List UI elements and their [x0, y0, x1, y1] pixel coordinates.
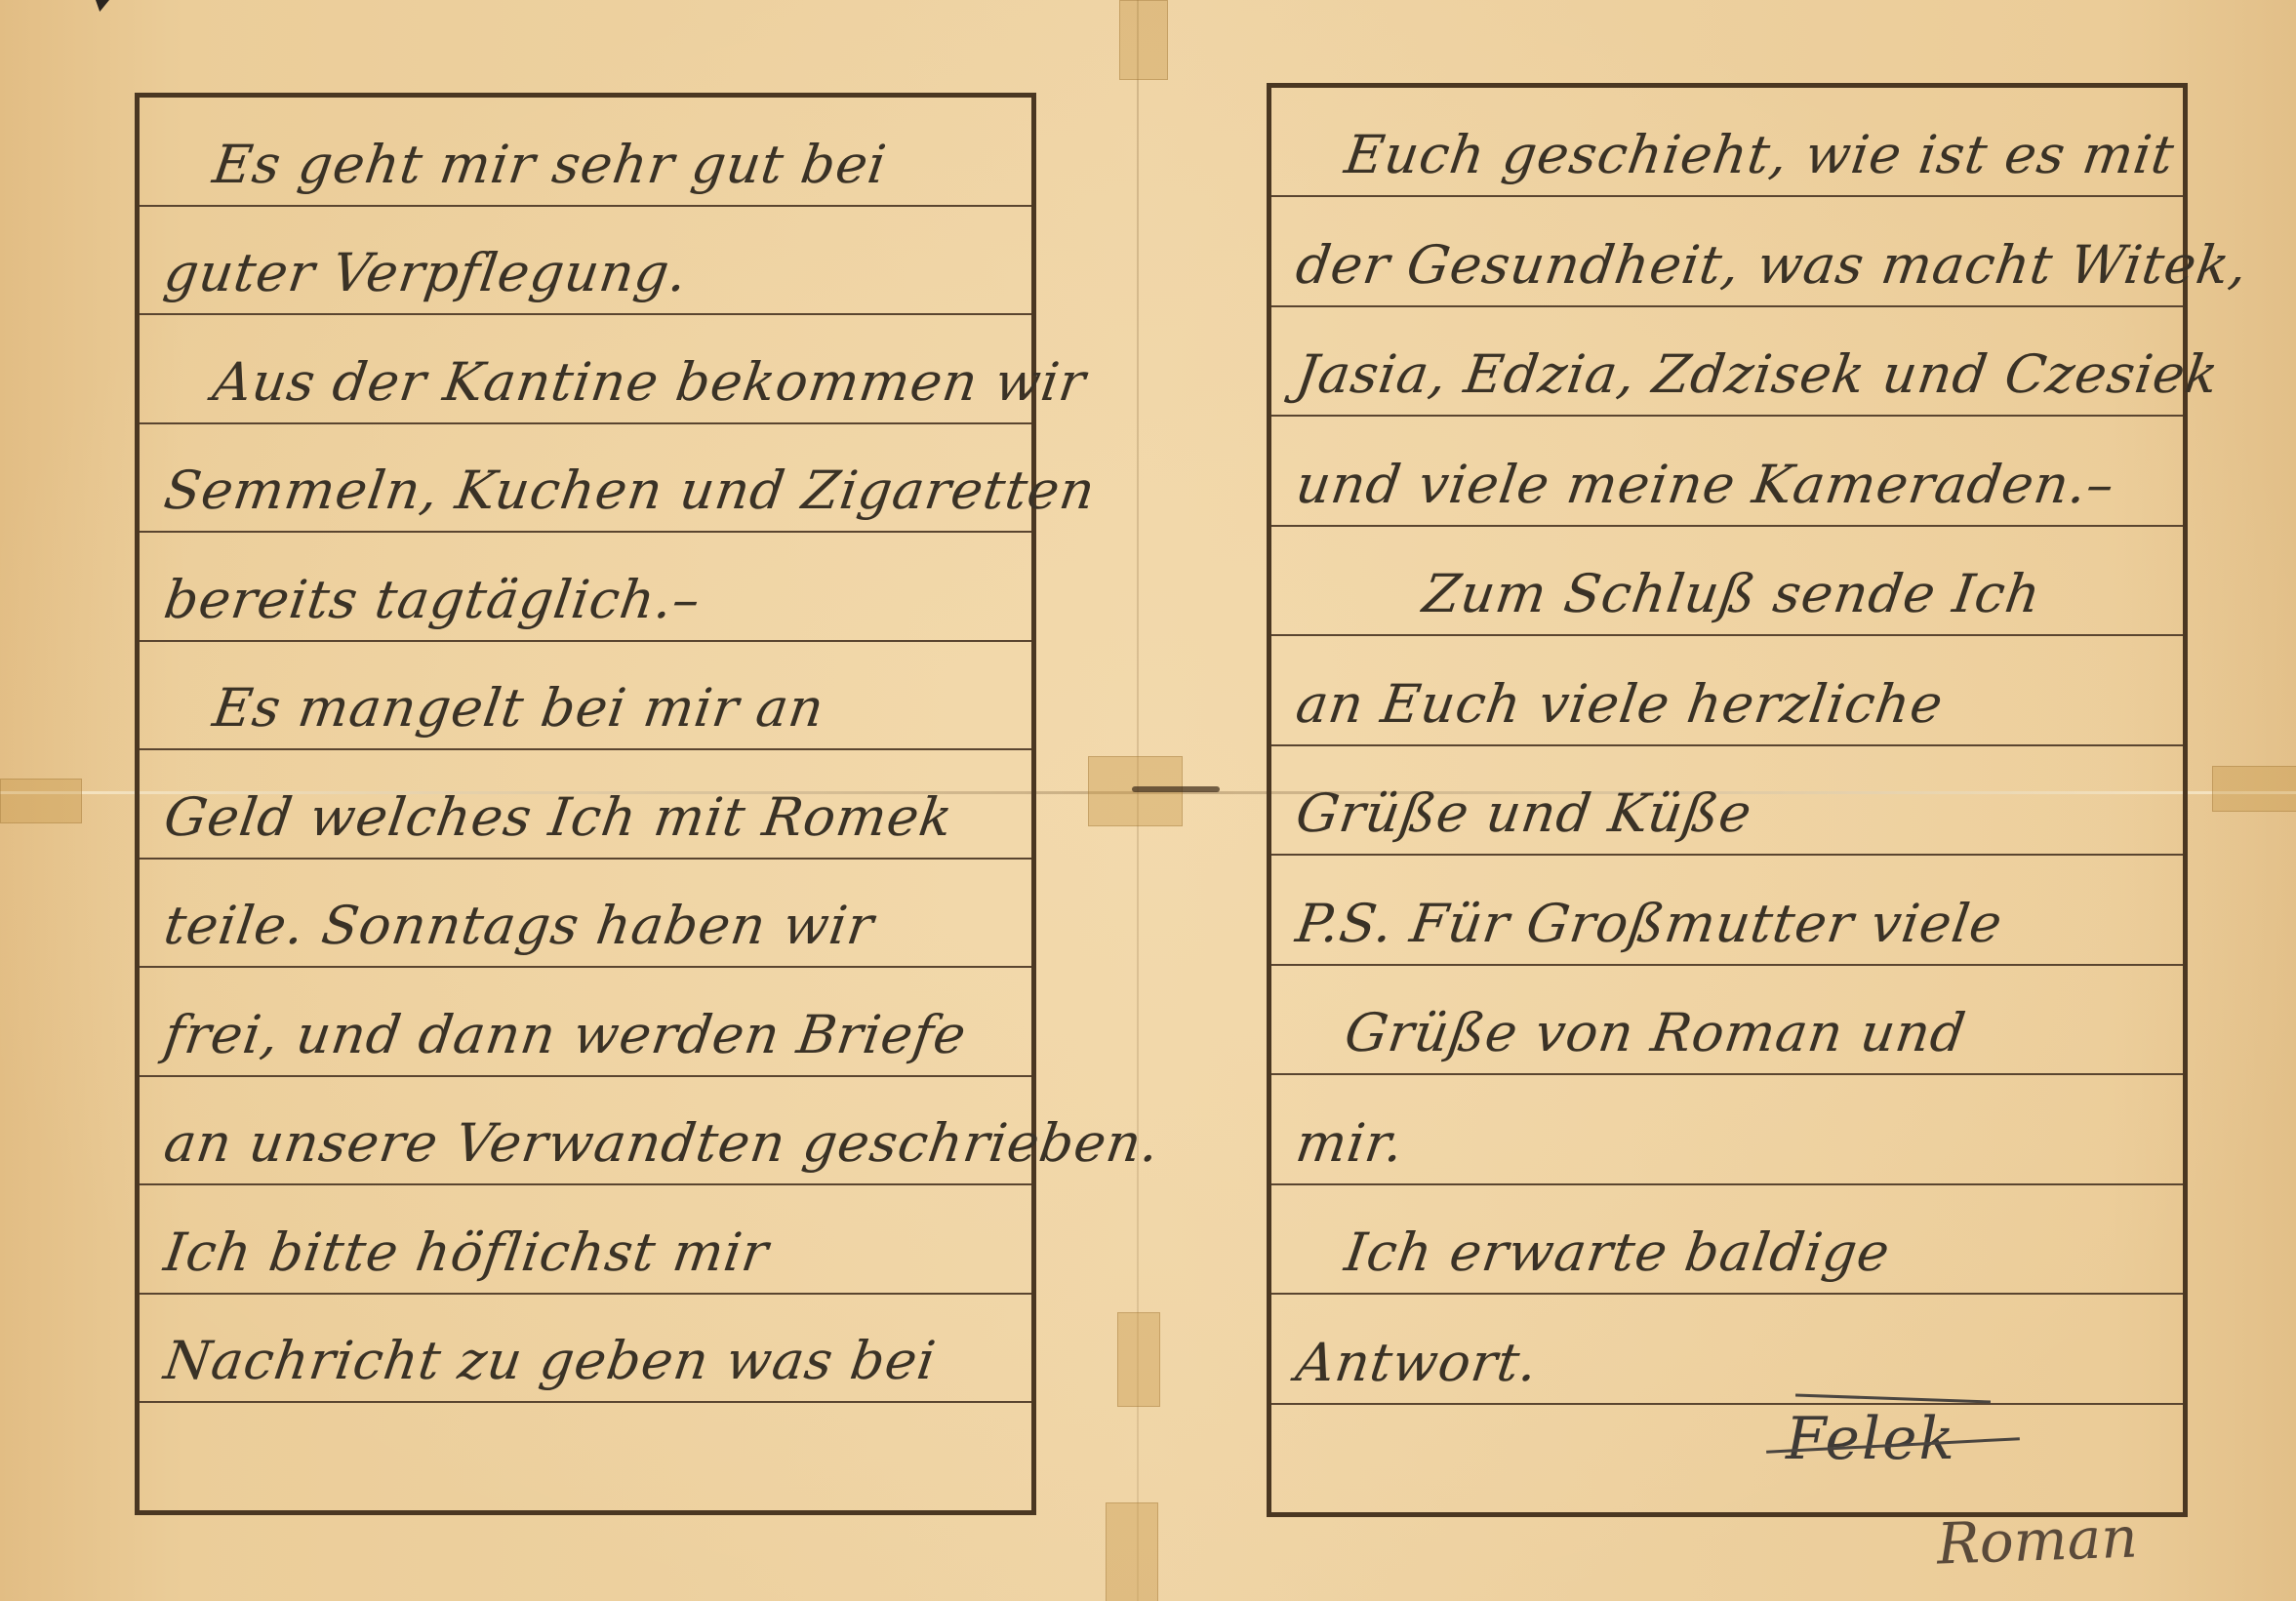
handwritten-line: Grüße von Roman und [1271, 1007, 1969, 1073]
ruled-line: Aus der Kantine bekommen wir [140, 315, 1031, 424]
ruled-line: Ich bitte höflichst mir [140, 1185, 1031, 1295]
ruled-line: Geld welches Ich mit Romek [140, 750, 1031, 860]
ruled-line: an Euch viele herzliche [1271, 636, 2183, 745]
handwritten-line: an unsere Verwandten geschrieben. [140, 1117, 1163, 1183]
fold-tear [1132, 786, 1220, 792]
handwritten-line: Euch geschieht, wie ist es mit [1271, 129, 2178, 195]
handwritten-line: frei, und dann werden Briefe [140, 1009, 970, 1075]
handwritten-line: an Euch viele herzliche [1271, 678, 1947, 744]
handwritten-line: Semmeln, Kuchen und Zigaretten [140, 464, 1099, 531]
ruled-line: der Gesundheit, was macht Witek, [1271, 197, 2183, 306]
left-page-frame: Es geht mir sehr gut bei guter Verpflegu… [135, 93, 1036, 1515]
ruled-line: Jasia, Edzia, Zdzisek und Czesiek [1271, 307, 2183, 417]
handwritten-line: Antwort. [1271, 1337, 1541, 1403]
ruled-line: Semmeln, Kuchen und Zigaretten [140, 424, 1031, 534]
right-page-frame: Euch geschieht, wie ist es mit der Gesun… [1267, 83, 2188, 1517]
ruled-line: guter Verpflegung. [140, 207, 1031, 316]
tape-right-edge [2212, 766, 2296, 812]
ruled-line: Euch geschieht, wie ist es mit [1271, 88, 2183, 197]
tape-bottom-center-upper [1117, 1312, 1160, 1407]
ruled-line: Es mangelt bei mir an [140, 642, 1031, 751]
handwritten-line [1271, 1499, 1293, 1512]
handwritten-line [140, 1497, 161, 1510]
ruled-line [140, 1403, 1031, 1510]
handwritten-line: Geld welches Ich mit Romek [140, 791, 956, 858]
signature-roman: Roman [1936, 1503, 2139, 1577]
ruled-line: teile. Sonntags haben wir [140, 860, 1031, 969]
tape-left-edge [0, 779, 82, 823]
handwritten-line: Grüße und Küße [1271, 787, 1755, 854]
handwritten-line: Aus der Kantine bekommen wir [140, 356, 1089, 422]
tape-bottom-center-lower [1106, 1502, 1158, 1601]
handwritten-line: Nachricht zu geben was bei [140, 1335, 939, 1401]
ruled-line [1271, 1405, 2183, 1512]
ruled-line: und viele meine Kameraden.– [1271, 417, 2183, 526]
tape-top-center [1119, 0, 1168, 80]
handwritten-line: Zum Schluß sende Ich [1271, 568, 2044, 634]
ruled-line: frei, und dann werden Briefe [140, 968, 1031, 1077]
handwritten-line: Ich erwarte baldige [1271, 1226, 1893, 1293]
handwritten-line: guter Verpflegung. [140, 247, 691, 313]
signature-felek: Felek [1786, 1405, 1956, 1473]
handwritten-line: der Gesundheit, was macht Witek, [1271, 239, 2251, 305]
handwritten-line: bereits tagtäglich.– [140, 574, 704, 640]
ruled-line: Antwort. [1271, 1295, 2183, 1404]
handwritten-line: teile. Sonntags haben wir [140, 900, 877, 966]
ruled-line: Grüße von Roman und [1271, 966, 2183, 1075]
ruled-line: an unsere Verwandten geschrieben. [140, 1077, 1031, 1186]
handwritten-line: Jasia, Edzia, Zdzisek und Czesiek [1271, 348, 2222, 415]
handwritten-line: Ich bitte höflichst mir [140, 1226, 772, 1293]
handwritten-line: P.S. Für Großmutter viele [1271, 898, 2006, 964]
ruled-line: Ich erwarte baldige [1271, 1185, 2183, 1295]
ruled-line: Es geht mir sehr gut bei [140, 98, 1031, 207]
ruled-line: Zum Schluß sende Ich [1271, 527, 2183, 636]
ruled-line: mir. [1271, 1075, 2183, 1184]
ruled-line: bereits tagtäglich.– [140, 533, 1031, 642]
ruled-line: Grüße und Küße [1271, 746, 2183, 856]
handwritten-line: mir. [1271, 1117, 1407, 1183]
handwritten-line: Es mangelt bei mir an [140, 682, 827, 748]
ruled-line: Nachricht zu geben was bei [140, 1295, 1031, 1404]
handwritten-line: Es geht mir sehr gut bei [140, 139, 890, 205]
handwritten-line: und viele meine Kameraden.– [1271, 459, 2117, 525]
ruled-line: P.S. Für Großmutter viele [1271, 856, 2183, 965]
